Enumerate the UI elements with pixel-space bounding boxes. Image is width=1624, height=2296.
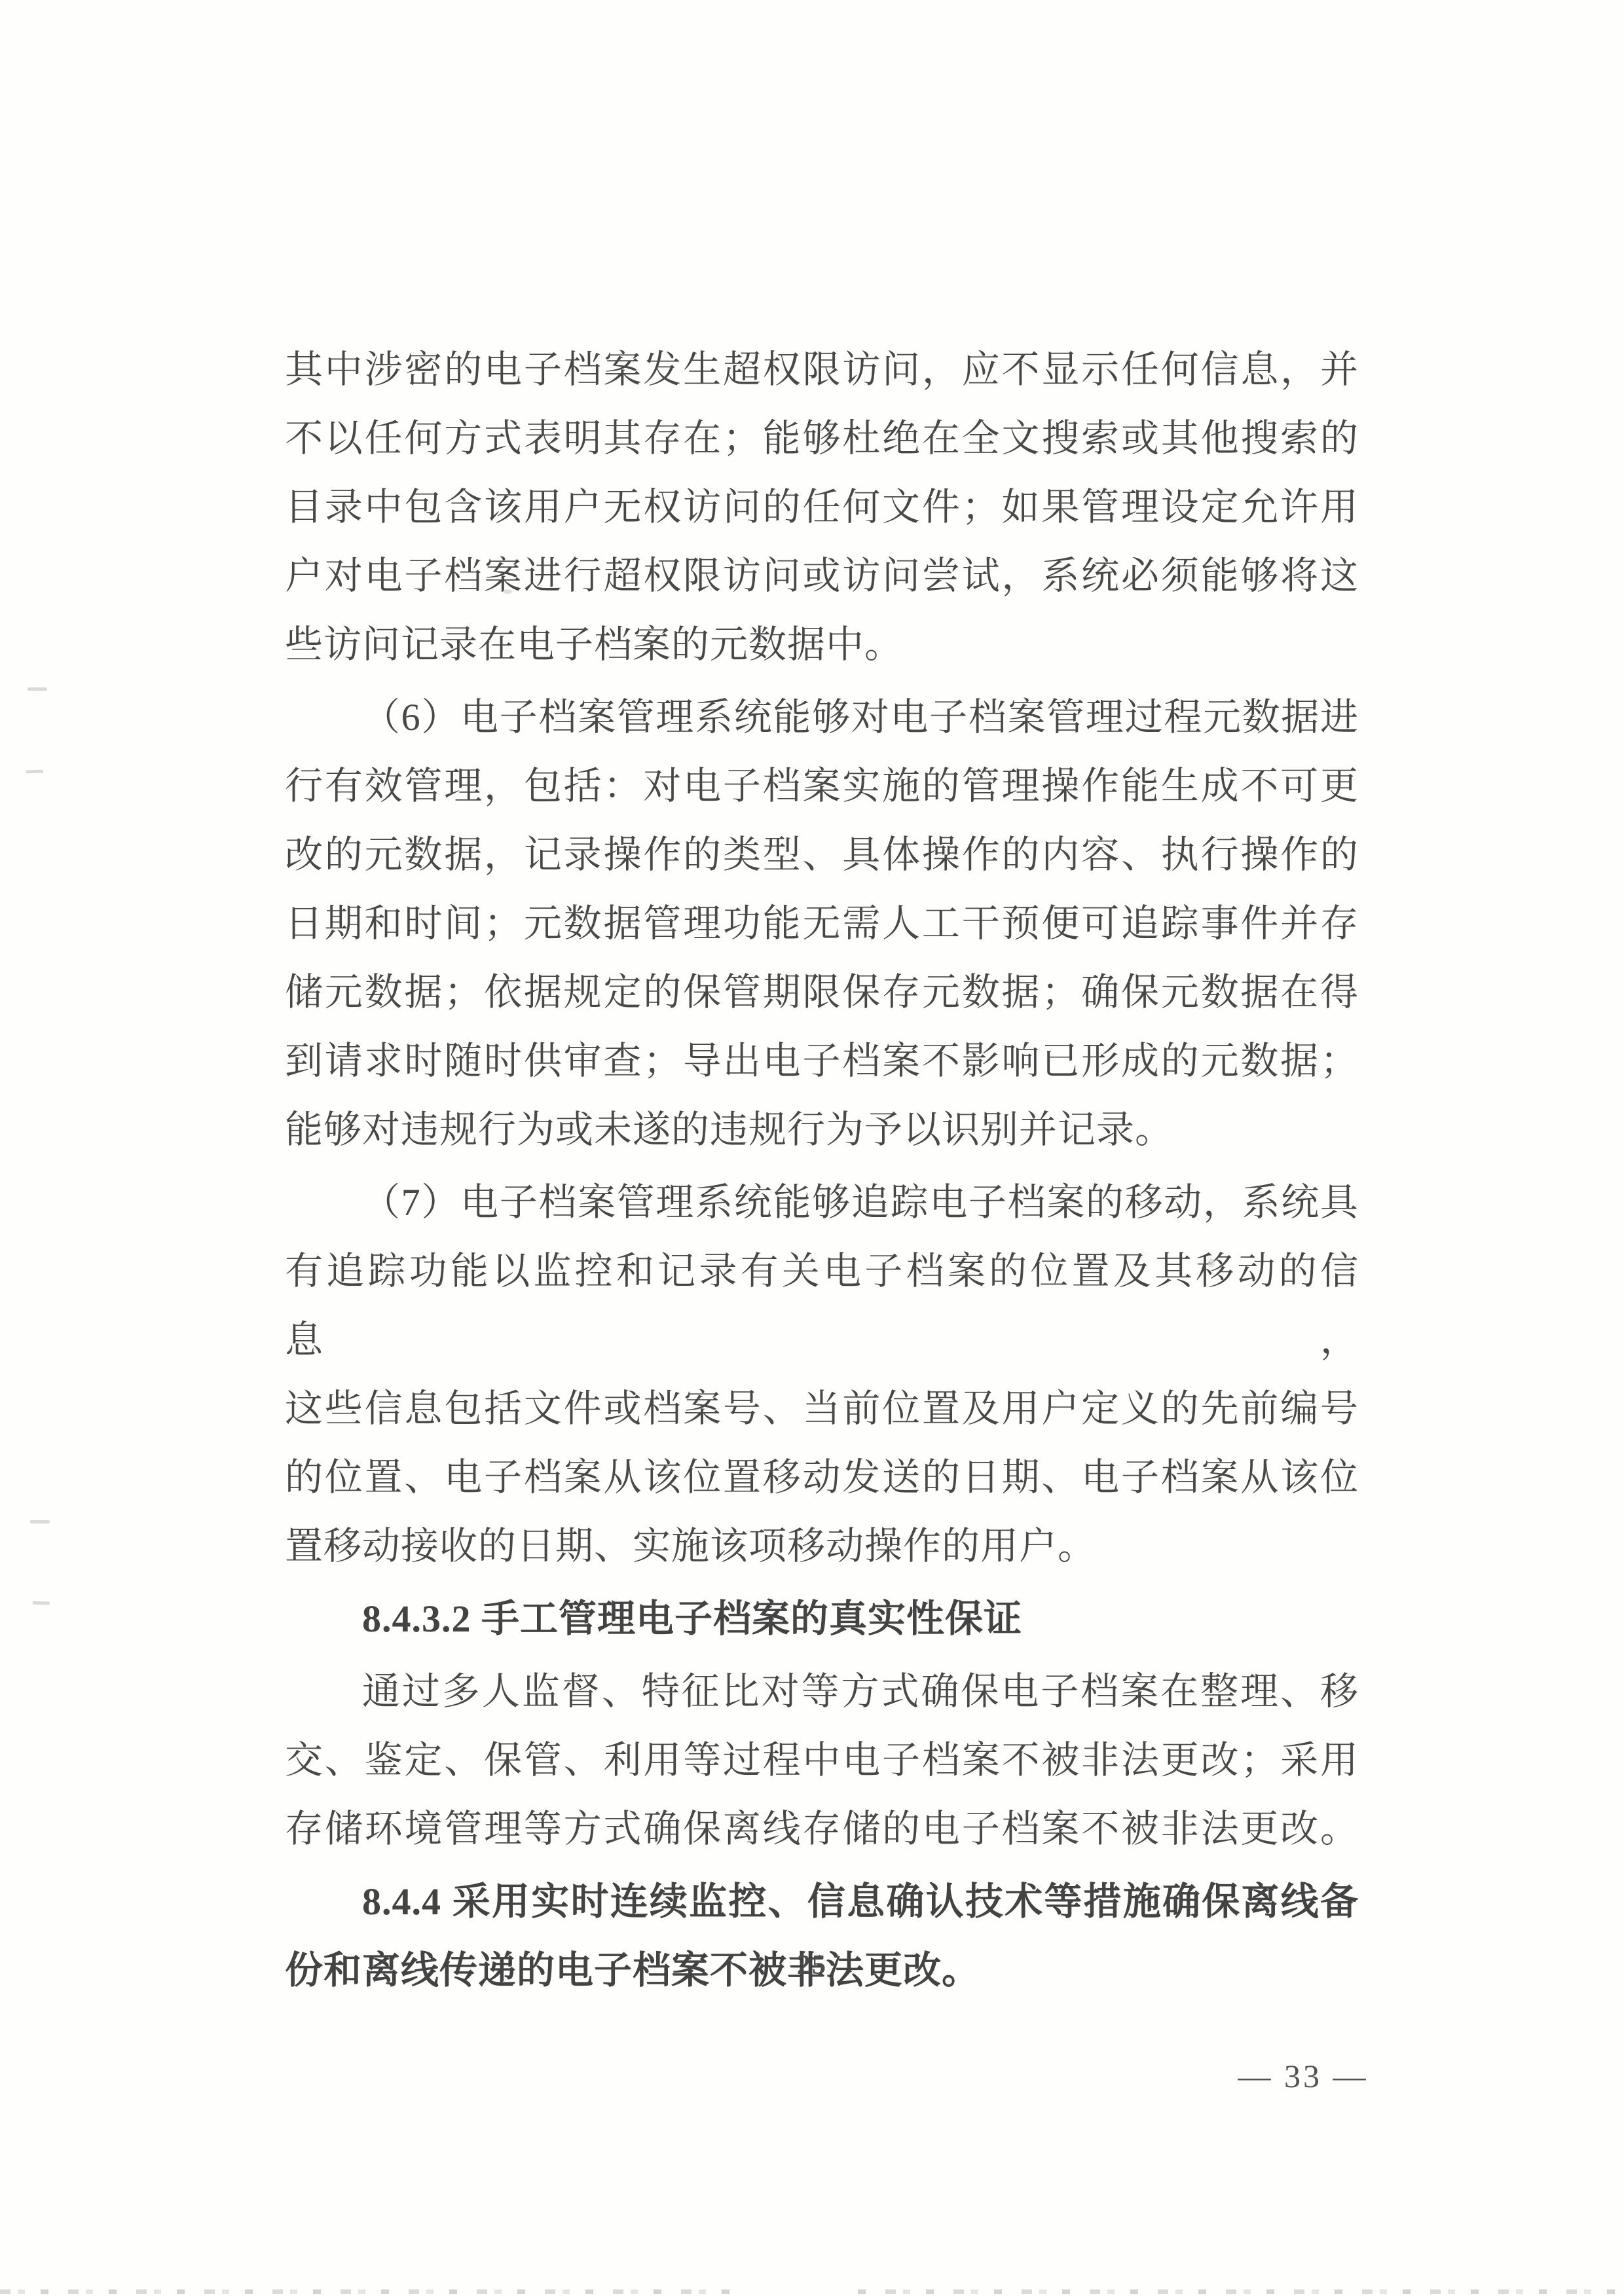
scan-noise-gap [747,2289,858,2295]
text-line: 8.4.3.2 手工管理电子档案的真实性保证 [285,1584,1359,1653]
text-line: 8.4.4 采用实时连续监控、信息确认技术等措施确保离线备 [285,1867,1359,1936]
text-line: 改的元数据，记录操作的类型、具体操作的内容、执行操作的 [285,820,1359,889]
para-manual-authenticity: 通过多人监督、特征比对等方式确保电子档案在整理、移交、鉴定、保管、利用等过程中电… [285,1657,1359,1863]
text-line: 户对电子档案进行超权限访问或访问尝试，系统必须能够将这 [285,541,1359,610]
text-line: 有追踪功能以监控和记录有关电子档案的位置及其移动的信息， [285,1237,1359,1374]
text-line: 些访问记录在电子档案的元数据中。 [285,610,1359,679]
text-line: 目录中包含该用户无权访问的任何文件；如果管理设定允许用 [285,473,1359,541]
text-line: 通过多人监督、特征比对等方式确保电子档案在整理、移 [285,1657,1359,1726]
scan-speck [503,589,512,594]
scan-speck [30,1520,50,1523]
text-line: 不以任何方式表明其存在；能够杜绝在全文搜索或其他搜索的 [285,404,1359,473]
text-line: 能够对违规行为或未遂的违规行为予以识别并记录。 [285,1095,1359,1164]
text-line: 存储环境管理等方式确保离线存储的电子档案不被非法更改。 [285,1795,1359,1863]
text-line: 其中涉密的电子档案发生超权限访问，应不显示任何信息，并 [285,335,1359,404]
scan-speck [26,770,43,774]
scanned-page: 其中涉密的电子档案发生超权限访问，应不显示任何信息，并不以任何方式表明其存在；能… [0,0,1624,2296]
inner-page-number: 25 [763,1950,861,1981]
para-item-6-metadata-management: （6）电子档案管理系统能够对电子档案管理过程元数据进行有效管理，包括：对电子档案… [285,683,1359,1164]
text-line: 的位置、电子档案从该位置移动发送的日期、电子档案从该位 [285,1443,1359,1512]
text-line: （6）电子档案管理系统能够对电子档案管理过程元数据进 [285,683,1359,752]
para-secret-access-continuation: 其中涉密的电子档案发生超权限访问，应不显示任何信息，并不以任何方式表明其存在；能… [285,335,1359,679]
para-8-4-4-offline-protection: 8.4.4 采用实时连续监控、信息确认技术等措施确保离线备份和离线传递的电子档案… [285,1867,1359,2005]
text-line: 到请求时随时供审查；导出电子档案不影响已形成的元数据； [285,1027,1359,1095]
document-body: 其中涉密的电子档案发生超权限访问，应不显示任何信息，并不以任何方式表明其存在；能… [285,335,1359,2005]
page-number: — 33 — [1185,2057,1421,2095]
heading-8-4-3-2: 8.4.3.2 手工管理电子档案的真实性保证 [285,1584,1359,1653]
text-line: 储元数据；依据规定的保管期限保存元数据；确保元数据在得 [285,958,1359,1027]
text-line: 交、鉴定、保管、利用等过程中电子档案不被非法更改；采用 [285,1726,1359,1795]
para-item-7-movement-tracking: （7）电子档案管理系统能够追踪电子档案的移动，系统具有追踪功能以监控和记录有关电… [285,1168,1359,1580]
text-line: 行有效管理，包括：对电子档案实施的管理操作能生成不可更 [285,752,1359,820]
text-line: 日期和时间；元数据管理功能无需人工干预便可追踪事件并存 [285,889,1359,958]
text-line: （7）电子档案管理系统能够追踪电子档案的移动，系统具 [285,1168,1359,1237]
text-line: 置移动接收的日期、实施该项移动操作的用户。 [285,1512,1359,1580]
scan-speck [1208,1258,1215,1267]
scan-speck [33,1601,50,1605]
scan-speck [28,687,47,691]
text-line: 这些信息包括文件或档案号、当前位置及用户定义的先前编号 [285,1374,1359,1443]
